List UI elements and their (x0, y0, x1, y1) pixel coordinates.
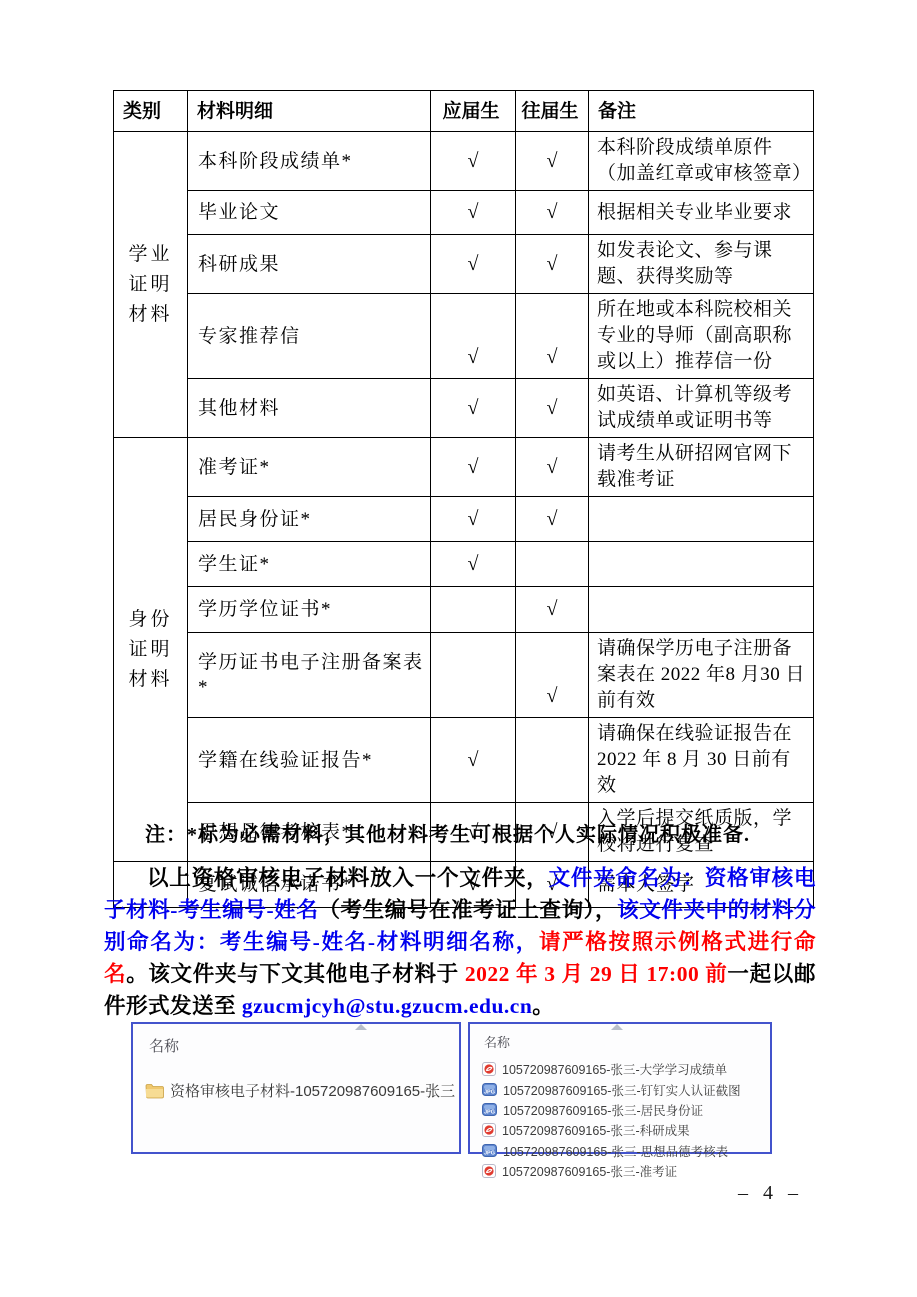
file-list: 105720987609165-张三-大学学习成绩单JPG10572098760… (470, 1059, 770, 1181)
file-item-name: 105720987609165-张三-思想品德考核表 (503, 1142, 728, 1160)
material-cell: 准考证* (188, 438, 431, 497)
previous-check-cell: √ (516, 191, 589, 235)
previous-check-cell: √ (516, 235, 589, 294)
paragraph-segment: （考生编号在准考证上查询）， (318, 898, 617, 922)
paragraph-segment: 。 (532, 994, 554, 1018)
file-item[interactable]: 105720987609165-张三-科研成果 (470, 1120, 770, 1140)
table-note: 注：*标为必需材料，其他材料考生可根据个人实际情况积极准备. (145, 818, 805, 847)
material-cell: 学籍在线验证报告* (188, 718, 431, 803)
table-row: 身份证明材料准考证*√√请考生从研招网官网下载准考证 (114, 438, 814, 497)
material-cell: 科研成果 (188, 235, 431, 294)
material-cell: 专家推荐信 (188, 294, 431, 379)
fresh-check-cell: √ (431, 379, 516, 438)
sort-ascending-icon (611, 1024, 623, 1030)
svg-text:JPG: JPG (484, 1151, 495, 1157)
previous-check-cell: √ (516, 379, 589, 438)
header-category: 类别 (114, 91, 188, 132)
material-cell: 本科阶段成绩单* (188, 132, 431, 191)
fresh-check-cell: √ (431, 718, 516, 803)
jpg-file-icon: JPG (482, 1103, 497, 1116)
table-row: 其他材料√√如英语、计算机等级考试成绩单或证明书等 (114, 379, 814, 438)
page-number: – 4 – (738, 1182, 798, 1205)
table-row: 科研成果√√如发表论文、参与课题、获得奖励等 (114, 235, 814, 294)
file-item-name: 105720987609165-张三-居民身份证 (503, 1101, 703, 1119)
previous-check-cell: √ (516, 497, 589, 542)
fresh-check-cell: √ (431, 497, 516, 542)
jpg-file-icon: JPG (482, 1083, 497, 1096)
instructions-paragraph: 以上资格审核电子材料放入一个文件夹，文件夹命名为：资格审核电子材料-考生编号-姓… (104, 862, 816, 1022)
fresh-check-cell: √ (431, 191, 516, 235)
remark-cell: 根据相关专业毕业要求 (589, 191, 814, 235)
fresh-check-cell: √ (431, 132, 516, 191)
fresh-check-cell: √ (431, 235, 516, 294)
remark-cell: 如英语、计算机等级考试成绩单或证明书等 (589, 379, 814, 438)
table-row: 学业证明材料本科阶段成绩单*√√本科阶段成绩单原件（加盖红章或审核签章） (114, 132, 814, 191)
file-item-name: 105720987609165-张三-准考证 (502, 1162, 677, 1180)
folder-item[interactable]: 资格审核电子材料-105720987609165-张三 (133, 1078, 459, 1103)
pdf-file-icon (482, 1164, 496, 1178)
name-column-header: 名称 (149, 1035, 459, 1056)
table-row: 学历证书电子注册备案表*√请确保学历电子注册备案表在 2022 年8 月30 日… (114, 633, 814, 718)
previous-check-cell: √ (516, 438, 589, 497)
previous-check-cell: √ (516, 132, 589, 191)
material-cell: 学历证书电子注册备案表* (188, 633, 431, 718)
category-cell: 学业证明材料 (114, 132, 188, 438)
header-previous-graduate: 往届生 (516, 91, 589, 132)
jpg-file-icon: JPG (482, 1144, 497, 1157)
table-row: 学籍在线验证报告*√请确保在线验证报告在 2022 年 8 月 30 日前有效 (114, 718, 814, 803)
folder-example-screenshot: 名称 资格审核电子材料-105720987609165-张三 (131, 1022, 461, 1154)
svg-text:JPG: JPG (484, 1090, 495, 1096)
header-material: 材料明细 (188, 91, 431, 132)
file-item-name: 105720987609165-张三-科研成果 (502, 1121, 690, 1139)
remark-cell: 请确保学历电子注册备案表在 2022 年8 月30 日前有效 (589, 633, 814, 718)
file-item[interactable]: 105720987609165-张三-准考证 (470, 1161, 770, 1181)
sort-ascending-icon (355, 1024, 367, 1030)
materials-table: 类别 材料明细 应届生 往届生 备注 学业证明材料本科阶段成绩单*√√本科阶段成… (113, 90, 814, 908)
material-cell: 学历学位证书* (188, 587, 431, 633)
folder-icon (145, 1083, 164, 1099)
pdf-file-icon (482, 1123, 496, 1137)
paragraph-segment: 以上资格审核电子材料放入一个文件夹， (147, 866, 549, 890)
fresh-check-cell-empty (431, 633, 516, 718)
previous-check-cell: √ (516, 633, 589, 718)
fresh-check-cell-empty (431, 587, 516, 633)
pdf-file-icon (482, 1062, 496, 1076)
remark-cell: 本科阶段成绩单原件（加盖红章或审核签章） (589, 132, 814, 191)
material-cell: 毕业论文 (188, 191, 431, 235)
category-cell: 身份证明材料 (114, 438, 188, 862)
file-item-name: 105720987609165-张三-大学学习成绩单 (502, 1060, 727, 1078)
remark-cell (589, 497, 814, 542)
material-cell: 学生证* (188, 542, 431, 587)
table-row: 居民身份证*√√ (114, 497, 814, 542)
paragraph-segment: 2022 年 3 月 29 日 17:00 前 (465, 962, 728, 986)
files-example-screenshot: 名称 105720987609165-张三-大学学习成绩单JPG10572098… (468, 1022, 772, 1154)
file-item[interactable]: JPG105720987609165-张三-居民身份证 (470, 1100, 770, 1120)
remark-cell (589, 587, 814, 633)
folder-list: 资格审核电子材料-105720987609165-张三 (133, 1078, 459, 1103)
table-row: 学生证*√ (114, 542, 814, 587)
table-header-row: 类别 材料明细 应届生 往届生 备注 (114, 91, 814, 132)
table-row: 专家推荐信√√所在地或本科院校相关专业的导师（副高职称或以上）推荐信一份 (114, 294, 814, 379)
previous-check-cell-empty (516, 718, 589, 803)
remark-cell: 请确保在线验证报告在 2022 年 8 月 30 日前有效 (589, 718, 814, 803)
fresh-check-cell: √ (431, 542, 516, 587)
remark-cell: 如发表论文、参与课题、获得奖励等 (589, 235, 814, 294)
material-cell: 其他材料 (188, 379, 431, 438)
folder-item-name: 资格审核电子材料-105720987609165-张三 (170, 1080, 455, 1101)
remark-cell (589, 542, 814, 587)
email-text[interactable]: gzucmjcyh@stu.gzucm.edu.cn (242, 994, 532, 1018)
remark-cell: 请考生从研招网官网下载准考证 (589, 438, 814, 497)
file-item[interactable]: 105720987609165-张三-大学学习成绩单 (470, 1059, 770, 1079)
name-column-header: 名称 (484, 1032, 770, 1051)
file-item[interactable]: JPG105720987609165-张三-思想品德考核表 (470, 1141, 770, 1161)
file-item[interactable]: JPG105720987609165-张三-钉钉实人认证截图 (470, 1079, 770, 1099)
table-body: 学业证明材料本科阶段成绩单*√√本科阶段成绩单原件（加盖红章或审核签章）毕业论文… (114, 132, 814, 908)
table-row: 学历学位证书*√ (114, 587, 814, 633)
previous-check-cell: √ (516, 587, 589, 633)
fresh-check-cell: √ (431, 438, 516, 497)
previous-check-cell-empty (516, 542, 589, 587)
svg-text:JPG: JPG (484, 1110, 495, 1116)
remark-cell: 所在地或本科院校相关专业的导师（副高职称或以上）推荐信一份 (589, 294, 814, 379)
table-row: 毕业论文√√根据相关专业毕业要求 (114, 191, 814, 235)
fresh-check-cell: √ (431, 294, 516, 379)
header-remark: 备注 (589, 91, 814, 132)
file-item-name: 105720987609165-张三-钉钉实人认证截图 (503, 1081, 741, 1099)
paragraph-segment: 。该文件夹与下文其他电子材料于 (126, 962, 465, 986)
material-cell: 居民身份证* (188, 497, 431, 542)
header-fresh-graduate: 应届生 (431, 91, 516, 132)
previous-check-cell: √ (516, 294, 589, 379)
